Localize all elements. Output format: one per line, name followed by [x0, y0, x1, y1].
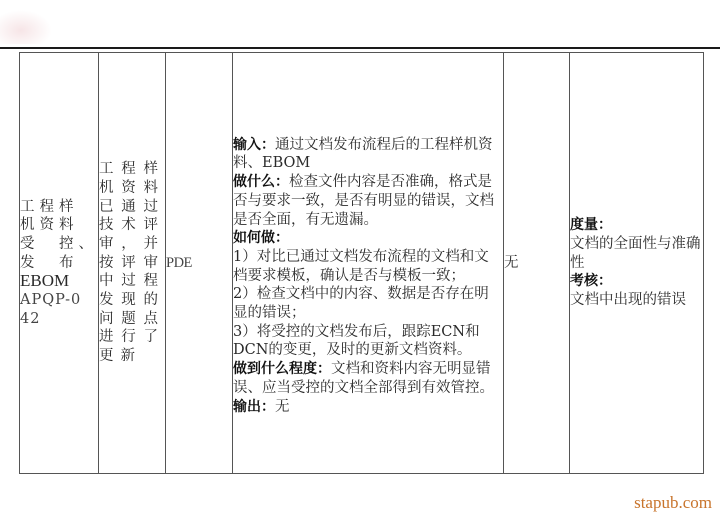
related-text: 无 [504, 255, 519, 271]
assess-label: 考核： [570, 272, 703, 291]
details-cell: 输入：通过文档发布流程后的工程样机资料、EBOM 做什么：检查文件内容是否准确，… [233, 53, 504, 474]
input-label: 输入： [233, 137, 275, 153]
how-label: 如何做： [233, 230, 289, 246]
how-step: 1）对比已通过文档发布流程的文档和文档要求模板，确认是否与模板一致； [233, 248, 503, 285]
assess-text: 文档中出现的错误 [570, 291, 703, 310]
item-line: 工程样 [20, 198, 98, 217]
description-text: 工程样机资料已通过技术评审，并按评审中过程发现的问题点进行了更新 [99, 160, 165, 366]
how-step: 2）检查文档中的内容、数据是否存在明显的错误； [233, 285, 503, 322]
corner-stamp-mark [0, 10, 52, 44]
table-row: 工程样 机资料 受 控、 发 布 EBOM APQP-0 42 工程样机资料已通… [20, 53, 704, 474]
item-code: 42 [20, 310, 98, 329]
item-line: 机资料 [20, 216, 98, 235]
process-table: 工程样 机资料 受 控、 发 布 EBOM APQP-0 42 工程样机资料已通… [19, 52, 704, 474]
item-line: 受 控、 [20, 235, 98, 254]
watermark: stapub.com [634, 493, 712, 513]
item-ebom: EBOM [20, 272, 98, 291]
kpi-cell: 度量： 文档的全面性与准确性 考核： 文档中出现的错误 [570, 53, 704, 474]
description-cell: 工程样机资料已通过技术评审，并按评审中过程发现的问题点进行了更新 [99, 53, 166, 474]
owner-cell: PDE [166, 53, 233, 474]
how-step: 3）将受控的文档发布后，跟踪ECN和DCN的变更，及时的更新文档资料。 [233, 323, 503, 360]
item-line: 发 布 [20, 254, 98, 273]
output-text: 无 [275, 399, 290, 415]
measure-text: 文档的全面性与准确性 [570, 235, 703, 272]
related-cell: 无 [504, 53, 570, 474]
what-label: 做什么： [233, 174, 289, 190]
degree-label: 做到什么程度： [233, 361, 331, 377]
owner-text: PDE [166, 255, 192, 271]
output-label: 输出： [233, 399, 275, 415]
measure-label: 度量： [570, 216, 703, 235]
item-cell: 工程样 机资料 受 控、 发 布 EBOM APQP-0 42 [20, 53, 99, 474]
item-code: APQP-0 [20, 291, 98, 310]
header-rule [0, 47, 720, 49]
